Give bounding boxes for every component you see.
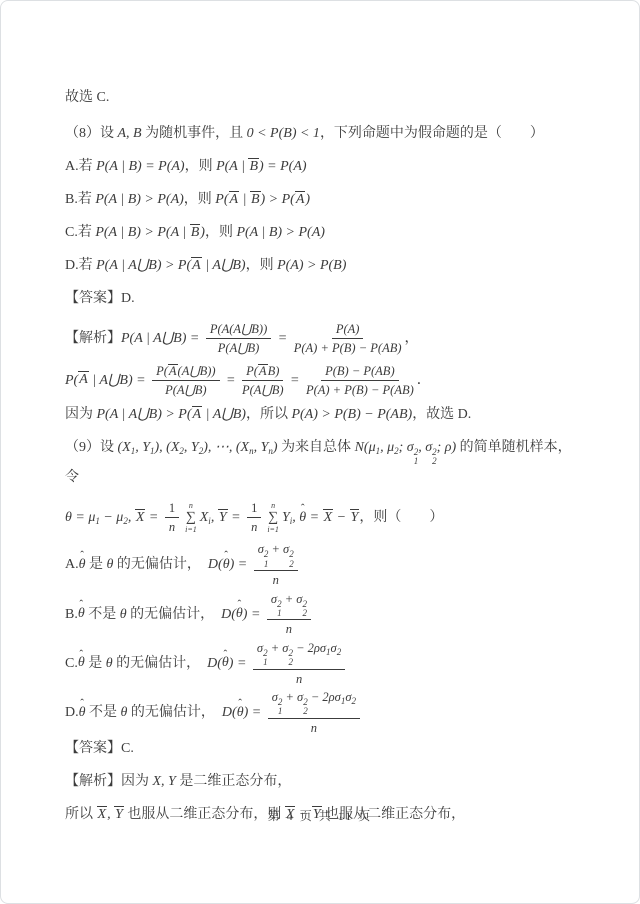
q8-conclusion: 因为 P(A | A⋃B) > P(A | A⋃B)，所以 P(A) > P(B… (65, 404, 579, 425)
page-content: 故选 C. （8）设 A, B 为随机事件，且 0 < P(B) < 1，下列命… (65, 87, 579, 837)
q9-option-b: B.θˆ 不是 θ 的无偏估计， D(θˆ) = σ21 + σ22n (65, 591, 579, 638)
q8-option-d: D.若 P(A | A⋃B) > P(A | A⋃B)，则 P(A) > P(B… (65, 255, 579, 276)
q9-stem-line-2: θ = μ1 − μ2, X = 1nn∑i=1Xi, Y = 1nn∑i=1Y… (65, 500, 579, 536)
q8-option-b: B.若 P(A | B) > P(A)，则 P(A | B) > P(A) (65, 189, 579, 210)
page-number-footer: 第 4 页 共 11 页 (1, 807, 639, 824)
q8-answer: 【答案】D. (65, 288, 579, 309)
q8-option-a: A.若 P(A | B) = P(A)，则 P(A | B) = P(A) (65, 156, 579, 177)
q9-option-c: C.θˆ 是 θ 的无偏估计， D(θˆ) = σ21 + σ22 − 2ρσ1… (65, 640, 579, 687)
q9-answer: 【答案】C. (65, 738, 579, 759)
q8-stem: （8）设 A, B 为随机事件，且 0 < P(B) < 1，下列命题中为假命题… (65, 123, 579, 144)
q9-option-d: D.θˆ 不是 θ 的无偏估计， D(θˆ) = σ21 + σ22 − 2ρσ… (65, 689, 579, 736)
q8-solution-line-1: 【解析】P(A | A⋃B) = P(A(A⋃B))P(A⋃B) = P(A)P… (65, 321, 579, 357)
previous-answer-choose-c: 故选 C. (65, 87, 579, 108)
q9-option-a: A.θˆ 是 θ 的无偏估计， D(θˆ) = σ21 + σ22n (65, 541, 579, 588)
q9-solution-line-1: 【解析】因为 X, Y 是二维正态分布， (65, 771, 579, 792)
q8-solution-line-2: P(A | A⋃B) = P(A(A⋃B))P(A⋃B) = P(AB)P(A⋃… (65, 363, 579, 399)
document-page: 故选 C. （8）设 A, B 为随机事件，且 0 < P(B) < 1，下列命… (0, 0, 640, 904)
q9-stem-line-1: （9）设 (X1, Y1), (X2, Y2), ⋯, (Xn, Yn) 为来自… (65, 437, 579, 488)
q8-option-c: C.若 P(A | B) > P(A | B)，则 P(A | B) > P(A… (65, 222, 579, 243)
